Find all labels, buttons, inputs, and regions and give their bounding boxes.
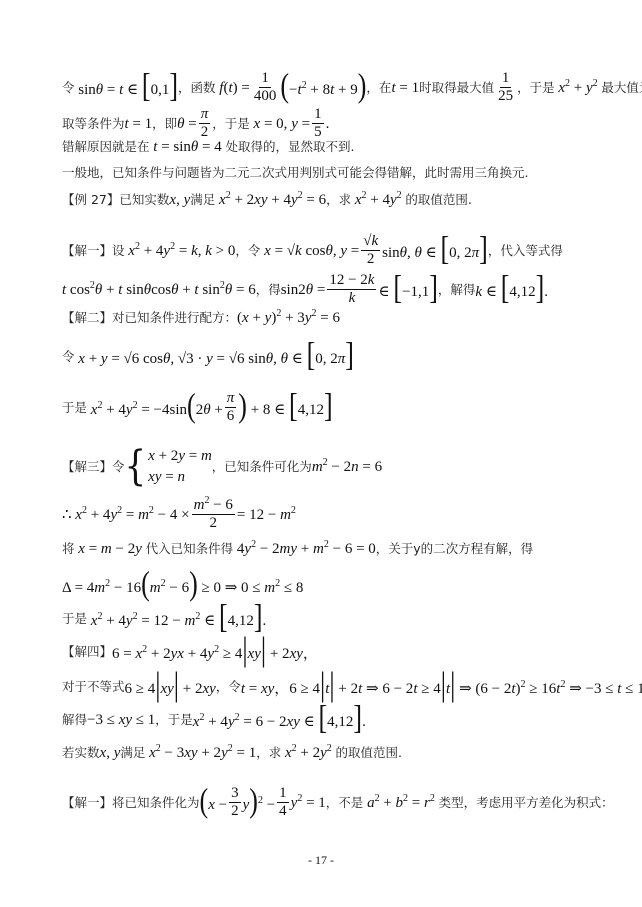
line-1: 令 sinθ = t ∈ [0,1] ，函数 f(t) = 1400 (−t2 … xyxy=(62,70,642,105)
solution-2-line-3: 于是 x2 + 4y2 = −4sin(2θ + π6 ) + 8 ∈ [4,1… xyxy=(62,390,333,425)
solution-4-line-1: 【解四】 6 = x2 + 2yx + 4y2 ≥ 4|xy| + 2xy， xyxy=(62,640,318,664)
solution-2-line-2: 令 x + y = √6 cosθ, √3 · y = √6 sinθ, θ ∈… xyxy=(62,345,354,369)
solution-3-line-5: 于是 x2 + 4y2 = 12 − m2 ∈ [4,12]. xyxy=(62,607,266,631)
solution-1-line-2: t cos2θ + t sinθcosθ + t sin2θ = 6 ，得 si… xyxy=(62,272,548,307)
solution-4-line-2: 对于不等式 6 ≥ 4|xy| + 2xy ，令 t = xy，6 ≥ 4|t|… xyxy=(62,675,642,699)
solution-3-line-1: 【解三】 令 { x + 2y = mxy = n ，已知条件可化为 m2 − … xyxy=(62,446,382,488)
solution-3-line-4: Δ = 4m2 − 16(m2 − 6) ≥ 0 ⇒ 0 ≤ m2 ≤ 8 xyxy=(62,574,303,598)
solution-2-line-1: 【解二】 对已知条件进行配方： (x + y)2 + 3y2 = 6 xyxy=(62,308,340,328)
line-2: 取等条件为 t = 1 ，即 θ = π2 ，于是 x = 0, y = 15. xyxy=(62,106,329,141)
solution-3-line-2: ∴ x2 + 4y2 = m2 − 4 × m2 − 62 = 12 − m2 xyxy=(62,497,296,532)
problem-line: 若实数 x, y 满足 x2 − 3xy + 2y2 = 1 ，求 x2 + 2… xyxy=(62,743,402,763)
page-number: - 17 - xyxy=(0,853,642,868)
solution-1-line-1: 【解一】 设 x2 + 4y2 = k, k > 0 ，令 x = √k cos… xyxy=(62,233,563,268)
solution-3-line-3: 将 x = m − 2y 代入已知条件得 4y2 − 2my + m2 − 6 … xyxy=(62,539,533,559)
example-27-heading: 【例 27】 已知实数 x, y 满足 x2 + 2xy + 4y2 = 6 ，… xyxy=(62,190,472,210)
solution-4-line-3: 解得 −3 ≤ xy ≤ 1 ，于是 x2 + 4y2 = 6 − 2xy ∈ … xyxy=(62,708,366,732)
line-4: 一般地，已知条件与问题皆为二元二次式用判别式可能会得错解，此时需用三角换元. xyxy=(62,163,528,183)
problem-solution-1: 【解一】 将已知条件化为 (x − 32 y)2 − 14 y2 = 1 ，不是… xyxy=(62,785,614,820)
line-3: 错解原因就是在 t = sinθ = 4 处取得的，显然取不到. xyxy=(62,137,354,157)
